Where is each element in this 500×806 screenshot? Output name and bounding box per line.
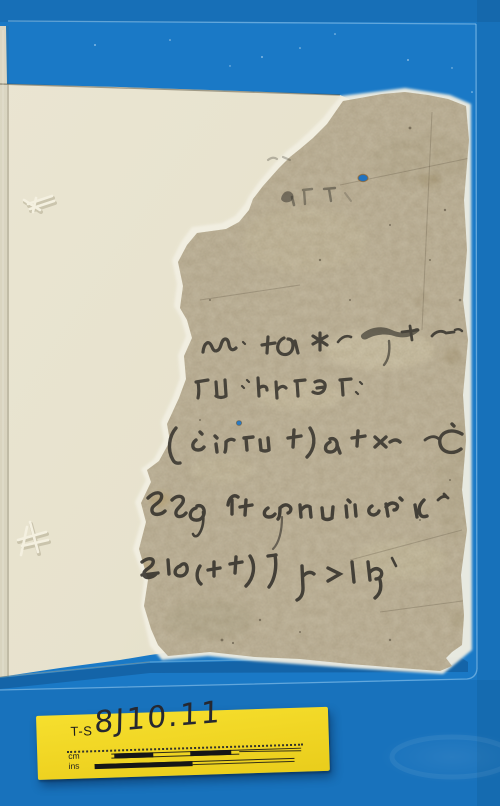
cm-unit-label: cm: [68, 752, 80, 761]
scene-svg: [0, 0, 500, 806]
ins-scale-bar: [95, 758, 300, 770]
photo-stage: T-S 8J10.11 cm ins: [0, 0, 500, 806]
ins-unit-label: ins: [68, 762, 79, 771]
shelfmark-label: T-S 8J10.11 cm ins: [36, 707, 330, 780]
